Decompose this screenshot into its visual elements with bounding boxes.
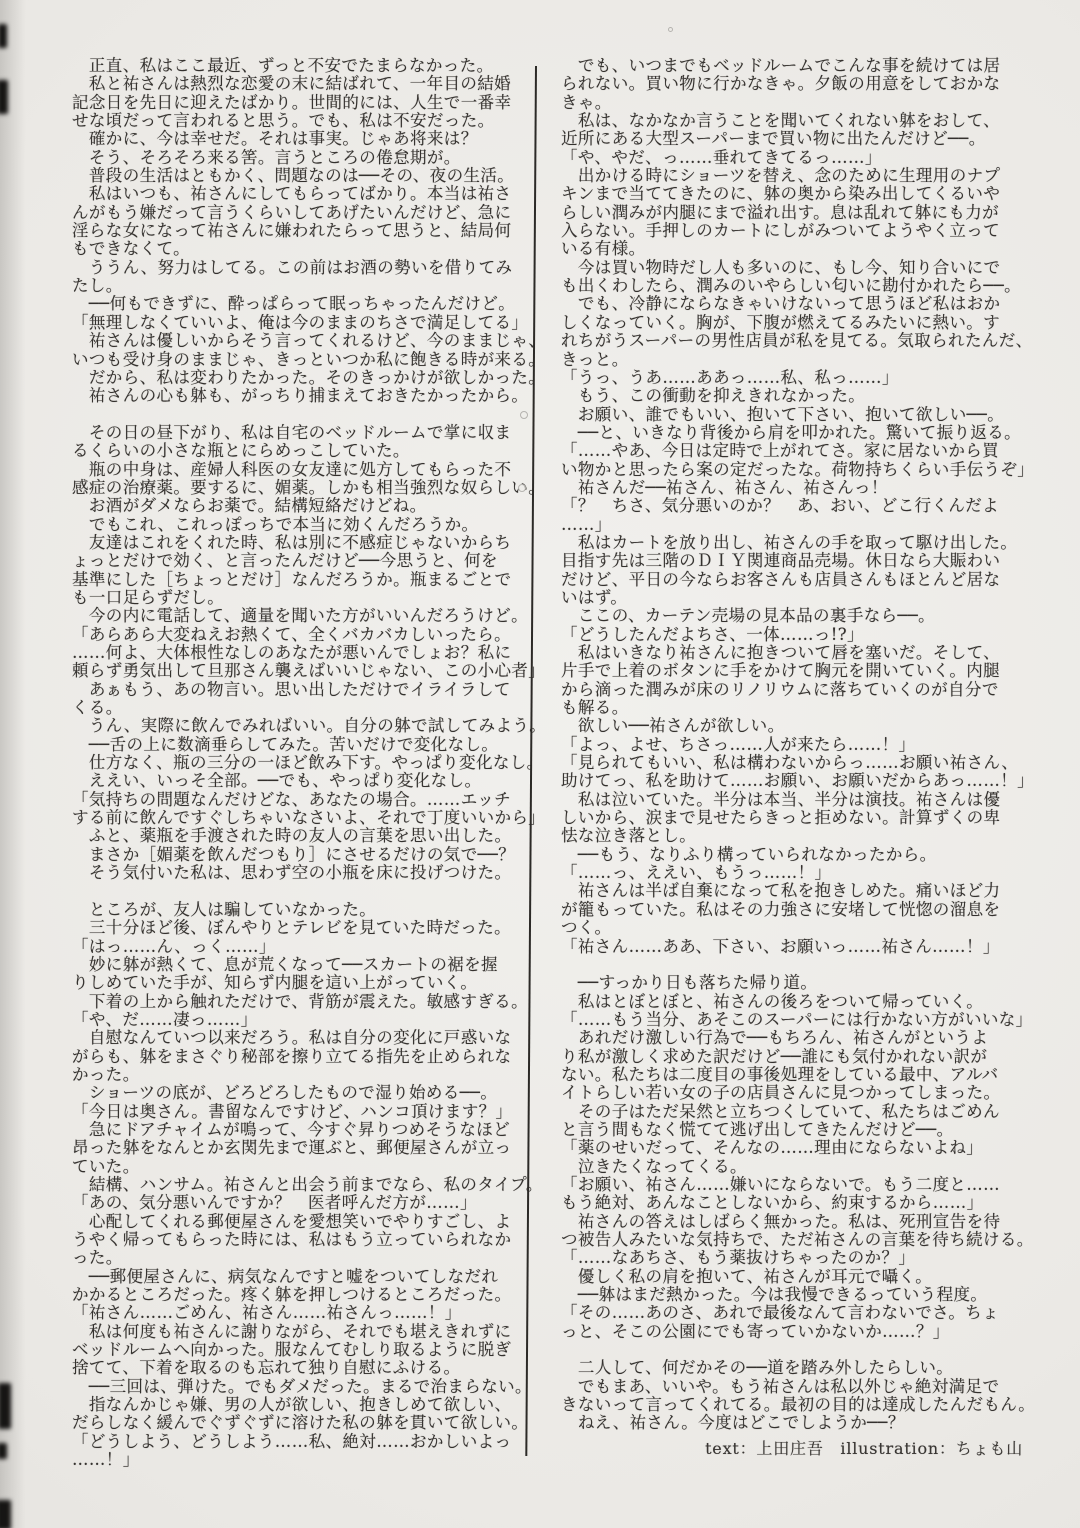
- text-line: つ被告人みたいな気持ちで、ただ祐さんの言葉を待ち続ける。: [561, 1231, 1029, 1249]
- text-line: ──舌の上に数滴垂らしてみた。苦いだけで変化なし。: [72, 736, 540, 754]
- text-line: ところが、友人は騙していなかった。: [72, 901, 540, 919]
- text-line: 捨てて、下着を取るのも忘れて独り自慰にふける。: [72, 1359, 540, 1377]
- credit-line: text：上田庄吾 illustration：ちょも山: [561, 1436, 1023, 1459]
- text-line: 二人して、何だかその──道を踏み外したらしい。: [561, 1359, 1029, 1377]
- text-line: るくらいの小さな瓶とにらめっこしていた。: [72, 442, 540, 460]
- text-line: [561, 1341, 1029, 1359]
- text-line: も解る。: [561, 699, 1029, 717]
- text-line: ──何もできずに、酔っぱらって眠っちゃったんだけど。: [72, 295, 540, 313]
- text-line: 私は何度も祐さんに謝りながら、それでも堪えきれずに: [72, 1323, 540, 1341]
- text-line: 「どうしたんだよちさ、一体……っ!?」: [561, 626, 1029, 644]
- text-line: 「どうしよう、どうしよう……私、絶対……おかしいよっ: [72, 1433, 540, 1451]
- text-line: も出くわしたら、潤みのいやらしい匂いに勘付かれたら──。: [561, 277, 1029, 295]
- text-line: ふと、薬瓶を手渡された時の友人の言葉を思い出した。: [72, 827, 540, 845]
- text-line: うん、実際に飲んでみればいい。自分の躰で試してみよう。: [72, 717, 540, 735]
- text-line: 私と祐さんは熱烈な恋愛の末に結ばれて、一年目の結婚: [72, 75, 540, 93]
- text-line: 「……もう当分、あそこのスーパーには行かない方がいいな」: [561, 1011, 1029, 1029]
- text-line: 優しく私の肩を抱いて、祐さんが耳元で囁く。: [561, 1268, 1029, 1286]
- text-line: もう、この衝動を抑えきれなかった。: [561, 387, 1029, 405]
- text-line: 普段の生活はともかく、問題なのは──その、夜の生活。: [72, 167, 540, 185]
- text-line: つく。: [561, 919, 1029, 937]
- text-line: ──三回は、弾けた。でもダメだった。まるで治まらない。: [72, 1378, 540, 1396]
- text-line: ねえ、祐さん。今度はどこでしようか──？: [561, 1414, 1029, 1432]
- scan-speck: [668, 27, 673, 32]
- text-line: [72, 882, 540, 900]
- text-line: 「あの、気分悪いんですか？ 医者呼んだ方が……」: [72, 1194, 540, 1212]
- text-line: 祐さんは優しいからそう言ってくれるけど、今のままじゃ、: [72, 332, 540, 350]
- text-line: お願い、誰でもいい、抱いて下さい、抱いて欲しい──。: [561, 406, 1029, 424]
- text-line: 三十分ほど後、ぼんやりとテレビを見ていた時だった。: [72, 919, 540, 937]
- text-line: 「お願い、祐さん……嫌いにならないで。もう二度と……: [561, 1176, 1029, 1194]
- text-line: 急にドアチャイムが鳴って、今すぐ昇りつめそうなほど: [72, 1121, 540, 1139]
- text-line: と言う間もなく慌てて逃げ出してきたんだけど──。: [561, 1121, 1029, 1139]
- text-line: 頼らず勇気出して旦那さん襲えばいいじゃない、この小心者」: [72, 662, 540, 680]
- text-line: 指なんかじゃ嫌、男の人が欲しい、抱きしめて欲しい、: [72, 1396, 540, 1414]
- scanned-page: 正直、私はここ最近、ずっと不安でたまらなかった。 私と祐さんは熱烈な恋愛の末に結…: [0, 0, 1080, 1528]
- text-line: ──もう、なりふり構っていられなかったから。: [561, 846, 1029, 864]
- text-line: ベッドルームへ向かった。服なんてむしり取るように脱ぎ: [72, 1341, 540, 1359]
- text-line: ょっとだけで効く、と言ったんだけど──今思うと、何を: [72, 552, 540, 570]
- text-line: 近所にある大型スーパーまで買い物に出たんだけど──。: [561, 130, 1029, 148]
- text-line: ……！」: [72, 1451, 540, 1469]
- text-line: 仕方なく、瓶の三分の一ほど飲み下す。やっぱり変化なし。: [72, 754, 540, 772]
- text-line: [561, 956, 1029, 974]
- text-line: 私はカートを放り出し、祐さんの手を取って駆け出した。: [561, 534, 1029, 552]
- text-line: いはず。: [561, 589, 1029, 607]
- text-line: がらも、躰をまさぐり秘部を擦り立てる指先を止められな: [72, 1048, 540, 1066]
- text-line: も一口足らずだし。: [72, 589, 540, 607]
- scan-artifact: [0, 1443, 7, 1459]
- text-line: くる。: [72, 699, 540, 717]
- text-line: 「無理しなくていいよ、俺は今のままのちさで満足してる」: [72, 314, 540, 332]
- text-line: たし。: [72, 277, 540, 295]
- text-line: から滴った潤みが床のリノリウムに落ちていくのが自分で: [561, 681, 1029, 699]
- text-line: 基準にした［ちょっとだけ］なんだろうか。瓶まるごとで: [72, 571, 540, 589]
- text-line: 「今日は奥さん。書留なんですけど、ハンコ頂けます？」: [72, 1103, 540, 1121]
- text-line: 下着の上から触れただけで、背筋が震えた。敏感すぎる。: [72, 993, 540, 1011]
- text-line: れちがうスーパーの男性店員が私を見てる。気取られたんだ、: [561, 332, 1029, 350]
- text-line: 妙に躰が熱くて、息が荒くなって──スカートの裾を握: [72, 956, 540, 974]
- text-line: 目指す先は三階のＤＩＹ関連商品売場。休日なら大賑わい: [561, 552, 1029, 570]
- text-line: ううん、努力はしてる。この前はお酒の勢いを借りてみ: [72, 259, 540, 277]
- text-line: せな頃だって言われると思う。でも、私は不安だった。: [72, 112, 540, 130]
- text-line: 「？ ちさ、気分悪いのか？ あ、おい、どこ行くんだよ: [561, 497, 1029, 515]
- scan-artifact: [0, 1383, 11, 1429]
- text-line: 今の内に電話して、適量を聞いた方がいいんだろうけど。: [72, 607, 540, 625]
- text-line: られない。買い物に行かなきゃ。夕飯の用意をしておかな: [561, 75, 1029, 93]
- text-line: 心配してくれる郵便屋さんを愛想笑いでやりすごし、よ: [72, 1213, 540, 1231]
- text-line: ショーツの底が、どろどろしたもので湿り始める──。: [72, 1084, 540, 1102]
- text-line: でもこれ、これっぽっちで本当に効くんだろうか。: [72, 516, 540, 534]
- text-line: 「気持ちの問題なんだけどな、あなたの場合。……エッチ: [72, 791, 540, 809]
- text-line: ──躰はまだ熱かった。今は我慢できるっていう程度。: [561, 1286, 1029, 1304]
- text-line: 片手で上着のボタンに手をかけて胸元を開いていく。内腿: [561, 662, 1029, 680]
- scan-artifact: [0, 24, 7, 48]
- text-line: ──郵便屋さんに、病気なんですと嘘をついてしなだれ: [72, 1268, 540, 1286]
- text-line: ていた。: [72, 1158, 540, 1176]
- text-line: 祐さんの心も躰も、がっちり捕まえておきたかったから。: [72, 387, 540, 405]
- text-line: 私はいきなり祐さんに抱きついて唇を塞いだ。そして、: [561, 644, 1029, 662]
- scan-artifact: [0, 80, 8, 114]
- text-line: 祐さんだ──祐さん、祐さん、祐さんっ！: [561, 479, 1029, 497]
- text-line: いつも受け身のままじゃ、きっといつか私に飽きる時が来る。: [72, 351, 540, 369]
- text-line: 「や、だ……凄っ……」: [72, 1011, 540, 1029]
- text-line: りしめていた手が、知らず内腿を這い上がっていく。: [72, 974, 540, 992]
- text-line: まさか［媚薬を飲んだつもり］にさせるだけの気で──？: [72, 846, 540, 864]
- text-line: 正直、私はここ最近、ずっと不安でたまらなかった。: [72, 57, 540, 75]
- text-line: ない。私たちは二度目の事後処理をしている最中、アルバ: [561, 1066, 1029, 1084]
- text-line: 自慰なんていつ以来だろう。私は自分の変化に戸惑いな: [72, 1029, 540, 1047]
- text-line: 確かに、今は幸せだ。それは事実。じゃあ将来は？: [72, 130, 540, 148]
- text-line: でもまあ、いいや。もう祐さんは私以外じゃ絶対満足で: [561, 1378, 1029, 1396]
- text-line: 私はいつも、祐さんにしてもらってばかり。本当は祐さ: [72, 185, 540, 203]
- text-line: 「はっ……ん、っく……」: [72, 938, 540, 956]
- scan-speck: [518, 484, 526, 492]
- text-line: もできなくて。: [72, 240, 540, 258]
- text-line: 欲しい──祐さんが欲しい。: [561, 717, 1029, 735]
- text-line: もう絶対、あんなことしないから、約束するから……」: [561, 1194, 1029, 1212]
- text-line: いる有様。: [561, 240, 1029, 258]
- text-line: そう気付いた私は、思わず空の小瓶を床に投げつけた。: [72, 864, 540, 882]
- text-line: 「……っ、ええい、もうっ……！」: [561, 864, 1029, 882]
- text-line: 「あらあら大変ねえお熱くて、全くバカバカしいったら。: [72, 626, 540, 644]
- text-line: 「……なあちさ、もう薬抜けちゃったのか？」: [561, 1249, 1029, 1267]
- text-line: きないって言ってくれてる。最初の目的は達成したんだもん。: [561, 1396, 1029, 1414]
- text-line: きゃ。: [561, 94, 1029, 112]
- text-line: 「祐さん……ごめん、祐さん……祐さんっ……！」: [72, 1304, 540, 1322]
- text-line: 友達はこれをくれた時、私は別に不感症じゃないからち: [72, 534, 540, 552]
- text-line: 「その……あのさ、あれで最後なんて言わないでさ。ちょ: [561, 1304, 1029, 1322]
- text-line: 祐さんの答えはしばらく無かった。私は、死刑宣告を待: [561, 1213, 1029, 1231]
- text-line: らしい潤みが内腿にまで溢れ出す。息は乱れて躰にも力が: [561, 204, 1029, 222]
- text-line: イトらしい若い女の子の店員さんに見つかってしまった。: [561, 1084, 1029, 1102]
- text-line: 泣きたくなってくる。: [561, 1158, 1029, 1176]
- text-column-right: でも、いつまでもベッドルームでこんな事を続けては居られない。買い物に行かなきゃ。…: [561, 57, 1029, 1433]
- text-line: 瓶の中身は、産婦人科医の女友達に処方してもらった不: [72, 461, 540, 479]
- text-line: あぁもう、あの物言い。思い出しただけでイライラして: [72, 681, 540, 699]
- text-line: っと、そこの公園にでも寄っていかないか……？」: [561, 1323, 1029, 1341]
- text-line: 入らない。手押しのカートにしがみついてようやく立って: [561, 222, 1029, 240]
- text-line: でも、いつまでもベッドルームでこんな事を続けては居: [561, 57, 1029, 75]
- text-line: だけど、平日の今ならお客さんも店員さんもほとんど居な: [561, 571, 1029, 589]
- text-line: 「薬のせいだって、そんなの……理由にならないよね」: [561, 1139, 1029, 1157]
- text-line: が籠もっていた。私はその力強さに安堵して恍惚の溜息を: [561, 901, 1029, 919]
- text-line: い物かと思ったら案の定だったな。荷物持ちくらい手伝うぞ」: [561, 461, 1029, 479]
- text-line: ……何よ、大体根性なしのあなたが悪いんでしょお？私に: [72, 644, 540, 662]
- text-line: 出かける時にショーツを替え、念のために生理用のナプ: [561, 167, 1029, 185]
- text-line: 私は泣いていた。半分は本当、半分は演技。祐さんは優: [561, 791, 1029, 809]
- scan-speck: [520, 411, 528, 419]
- text-line: 記念日を先日に迎えたばかり。世間的には、人生で一番幸: [72, 94, 540, 112]
- text-line: する前に飲んですぐしちゃいなさいよ、それで丁度いいから」: [72, 809, 540, 827]
- text-line: あれだけ激しい行為で──もちろん、祐さんがというよ: [561, 1029, 1029, 1047]
- text-line: った。: [72, 1249, 540, 1267]
- text-line: かった。: [72, 1066, 540, 1084]
- text-line: 「祐さん……ああ、下さい、お願いっ……祐さん……！」: [561, 938, 1029, 956]
- text-line: ──と、いきなり背後から肩を叩かれた。驚いて振り返る。: [561, 424, 1029, 442]
- text-line: その子はただ呆然と立ちつくしていて、私たちはごめん: [561, 1103, 1029, 1121]
- text-line: 淫らな女になって祐さんに嫌われたらって思うと、結局何: [72, 222, 540, 240]
- text-line: 怯な泣き落とし。: [561, 827, 1029, 845]
- text-line: そう、そろそろ来る筈。言うところの倦怠期が。: [72, 149, 540, 167]
- text-line: ここの、カーテン売場の見本品の裏手なら──。: [561, 607, 1029, 625]
- scan-edge-shadow: [0, 0, 30, 1528]
- text-line: 「うっ、うあ……ああっ……私、私っ……」: [561, 369, 1029, 387]
- text-line: 「……やあ、今日は定時で上がれてさ。家に居ないから買: [561, 442, 1029, 460]
- text-line: しいから、涙まで見せたらきっと拒めない。計算ずくの卑: [561, 809, 1029, 827]
- text-line: 今は買い物時だし人も多いのに、もし今、知り合いにで: [561, 259, 1029, 277]
- text-line: [72, 406, 540, 424]
- text-line: 昂った躰をなんとか玄関先まで運ぶと、郵便屋さんが立っ: [72, 1139, 540, 1157]
- text-column-left: 正直、私はここ最近、ずっと不安でたまらなかった。 私と祐さんは熱烈な恋愛の末に結…: [72, 57, 540, 1469]
- text-line: だから、私は変わりたかった。そのきっかけが欲しかった。: [72, 369, 540, 387]
- text-line: り私が激しく求めた訳だけど──誰にも気付かれない訳が: [561, 1048, 1029, 1066]
- text-line: キンまで当ててきたのに、躰の奥から染み出してくるいや: [561, 185, 1029, 203]
- text-line: んがもう嫌だって言うくらいしてあげたいんだけど、急に: [72, 204, 540, 222]
- text-line: でも、冷静にならなきゃいけないって思うほど私はおか: [561, 295, 1029, 313]
- text-line: だらしなく緩んでぐずぐずに溶けた私の躰を貫いて欲しい。: [72, 1414, 540, 1432]
- text-line: 感症の治療薬。要するに、媚薬。しかも相当強烈な奴らしい。: [72, 479, 540, 497]
- text-line: ええい、いっそ全部。──でも、やっぱり変化なし。: [72, 772, 540, 790]
- text-line: ……」: [561, 516, 1029, 534]
- text-line: ──すっかり日も落ちた帰り道。: [561, 974, 1029, 992]
- text-line: 私は、なかなか言うことを聞いてくれない躰をおして、: [561, 112, 1029, 130]
- text-line: 「や、やだ、っ……垂れてきてるっ……」: [561, 149, 1029, 167]
- text-line: かかるところだった。疼く躰を押しつけるところだった。: [72, 1286, 540, 1304]
- text-line: きっと。: [561, 351, 1029, 369]
- text-line: 助けてっ、私を助けて……お願い、お願いだからあっ……！」: [561, 772, 1029, 790]
- text-line: しくなっていく。胸が、下腹が燃えてるみたいに熱い。す: [561, 314, 1029, 332]
- text-line: 「見られてもいい、私は構わないからっ……お願い祐さん、: [561, 754, 1029, 772]
- text-line: 祐さんは半ば自棄になって私を抱きしめた。痛いほど力: [561, 882, 1029, 900]
- text-line: 私はとぼとぼと、祐さんの後ろをついて帰っていく。: [561, 993, 1029, 1011]
- scan-artifact: [0, 1500, 11, 1528]
- text-line: その日の昼下がり、私は自宅のベッドルームで掌に収ま: [72, 424, 540, 442]
- text-line: 結構、ハンサム。祐さんと出会う前までなら、私のタイプ。: [72, 1176, 540, 1194]
- text-line: うやく帰ってもらった時には、私はもう立っていられなか: [72, 1231, 540, 1249]
- text-line: 「よっ、よせ、ちさっ……人が来たら……！」: [561, 736, 1029, 754]
- text-line: お酒がダメならお薬で。結構短絡だけどね。: [72, 497, 540, 515]
